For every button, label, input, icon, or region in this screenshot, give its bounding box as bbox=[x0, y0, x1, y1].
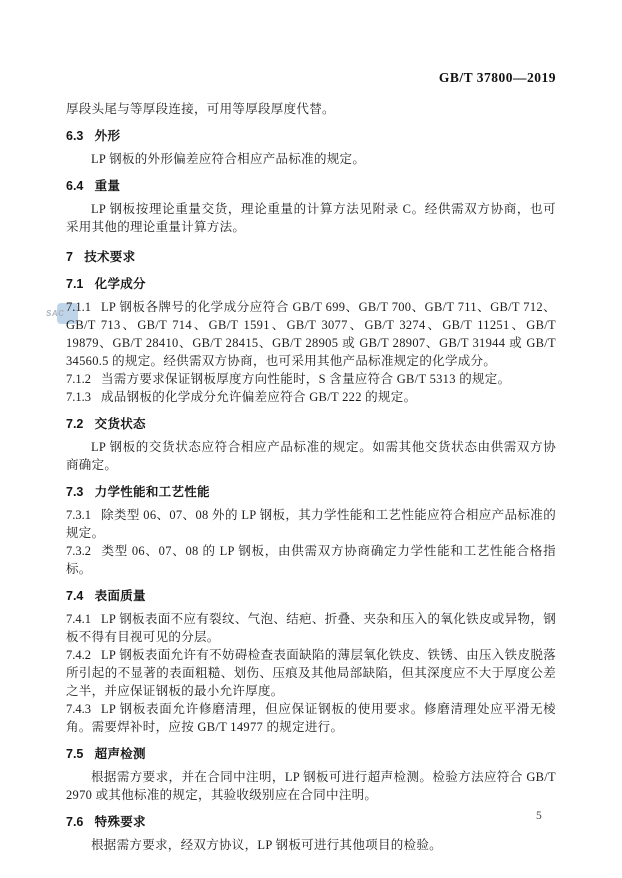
document-body: 厚段头尾与等厚段连接，可用等厚段厚度代替。 6.3外形 LP 钢板的外形偏差应符… bbox=[66, 100, 556, 858]
clause-paragraph-7-3-1: 7.3.1除类型 06、07、08 外的 LP 钢板，其力学性能和工艺性能应符合… bbox=[66, 506, 556, 542]
clause-title: 特殊要求 bbox=[95, 815, 146, 829]
clause-heading-6-3: 6.3外形 bbox=[66, 127, 556, 145]
paragraph: 根据需方要求，并在合同中注明，LP 钢板可进行超声检测。检验方法应符合 GB/T… bbox=[66, 768, 556, 804]
clause-number: 7.2 bbox=[66, 417, 83, 431]
paragraph: LP 钢板的外形偏差应符合相应产品标准的规定。 bbox=[66, 150, 556, 168]
clause-paragraph-7-4-3: 7.4.3LP 钢板表面允许修磨清理，但应保证钢板的使用要求。修磨清理处应平滑无… bbox=[66, 700, 556, 736]
clause-title: 化学成分 bbox=[95, 277, 146, 291]
paragraph: LP 钢板的交货状态应符合相应产品标准的规定。如需其他交货状态由供需双方协商确定… bbox=[66, 438, 556, 474]
clause-title: 力学性能和工艺性能 bbox=[95, 485, 210, 499]
clause-heading-7-5: 7.5超声检测 bbox=[66, 745, 556, 763]
clause-paragraph-7-1-2: 7.1.2当需方要求保证钢板厚度方向性能时，S 含量应符合 GB/T 5313 … bbox=[66, 370, 556, 388]
clause-text: LP 钢板表面不应有裂纹、气泡、结疤、折叠、夹杂和压入的氧化铁皮或异物，钢板不得… bbox=[66, 612, 556, 644]
clause-paragraph-7-4-2: 7.4.2LP 钢板表面允许有不妨碍检查表面缺陷的薄层氧化铁皮、铁锈、由压入铁皮… bbox=[66, 646, 556, 700]
clause-number: 7.1.1 bbox=[66, 300, 91, 314]
clause-number: 7.3.1 bbox=[66, 508, 91, 522]
clause-number: 7.1.2 bbox=[66, 372, 91, 386]
clause-number: 6.3 bbox=[66, 129, 83, 143]
clause-heading-7-1: 7.1化学成分 bbox=[66, 275, 556, 293]
clause-title: 外形 bbox=[95, 129, 121, 143]
section-heading-7: 7技术要求 bbox=[66, 248, 556, 266]
clause-paragraph-7-1-1: 7.1.1LP 钢板各牌号的化学成分应符合 GB/T 699、GB/T 700、… bbox=[66, 298, 556, 370]
clause-text: 成品钢板的化学成分允许偏差应符合 GB/T 222 的规定。 bbox=[101, 390, 416, 404]
clause-number: 6.4 bbox=[66, 179, 83, 193]
clause-heading-7-3: 7.3力学性能和工艺性能 bbox=[66, 483, 556, 501]
clause-title: 交货状态 bbox=[95, 417, 146, 431]
clause-number: 7.4.3 bbox=[66, 702, 91, 716]
clause-paragraph-7-1-3: 7.1.3成品钢板的化学成分允许偏差应符合 GB/T 222 的规定。 bbox=[66, 388, 556, 406]
clause-text: LP 钢板表面允许有不妨碍检查表面缺陷的薄层氧化铁皮、铁锈、由压入铁皮脱落所引起… bbox=[66, 648, 556, 698]
clause-number: 7.1.3 bbox=[66, 390, 91, 404]
clause-text: 类型 06、07、08 的 LP 钢板，由供需双方协商确定力学性能和工艺性能合格… bbox=[66, 544, 556, 576]
page-number: 5 bbox=[536, 810, 542, 822]
clause-number: 7.6 bbox=[66, 815, 83, 829]
clause-number: 7.4.1 bbox=[66, 612, 91, 626]
paragraph: LP 钢板按理论重量交货，理论重量的计算方法见附录 C。经供需双方协商，也可采用… bbox=[66, 200, 556, 236]
clause-text: 当需方要求保证钢板厚度方向性能时，S 含量应符合 GB/T 5313 的规定。 bbox=[101, 372, 510, 386]
clause-title: 重量 bbox=[95, 179, 121, 193]
paragraph: 根据需方要求，经双方协议，LP 钢板可进行其他项目的检验。 bbox=[66, 836, 556, 854]
clause-title: 表面质量 bbox=[95, 589, 146, 603]
clause-paragraph-7-3-2: 7.3.2类型 06、07、08 的 LP 钢板，由供需双方协商确定力学性能和工… bbox=[66, 542, 556, 578]
clause-heading-7-6: 7.6特殊要求 bbox=[66, 813, 556, 831]
clause-title: 超声检测 bbox=[95, 747, 146, 761]
standard-number-header: GB/T 37800—2019 bbox=[439, 70, 556, 86]
clause-text: LP 钢板各牌号的化学成分应符合 GB/T 699、GB/T 700、GB/T … bbox=[66, 300, 556, 368]
clause-number: 7.5 bbox=[66, 747, 83, 761]
paragraph-continuation: 厚段头尾与等厚段连接，可用等厚段厚度代替。 bbox=[66, 100, 556, 118]
clause-number: 7.4 bbox=[66, 589, 83, 603]
section-number: 7 bbox=[66, 250, 73, 264]
clause-heading-7-2: 7.2交货状态 bbox=[66, 415, 556, 433]
clause-number: 7.3 bbox=[66, 485, 83, 499]
clause-text: LP 钢板表面允许修磨清理，但应保证钢板的使用要求。修磨清理处应平滑无棱角。需要… bbox=[66, 702, 556, 734]
clause-number: 7.3.2 bbox=[66, 544, 91, 558]
section-title: 技术要求 bbox=[84, 250, 135, 264]
sac-watermark-label: SAC bbox=[46, 309, 64, 318]
clause-heading-7-4: 7.4表面质量 bbox=[66, 587, 556, 605]
clause-paragraph-7-4-1: 7.4.1LP 钢板表面不应有裂纹、气泡、结疤、折叠、夹杂和压入的氧化铁皮或异物… bbox=[66, 610, 556, 646]
clause-text: 除类型 06、07、08 外的 LP 钢板，其力学性能和工艺性能应符合相应产品标… bbox=[66, 508, 556, 540]
document-page: { "document": { "standard_number": "GB/T… bbox=[0, 0, 622, 878]
clause-heading-6-4: 6.4重量 bbox=[66, 177, 556, 195]
clause-number: 7.1 bbox=[66, 277, 83, 291]
clause-number: 7.4.2 bbox=[66, 648, 91, 662]
